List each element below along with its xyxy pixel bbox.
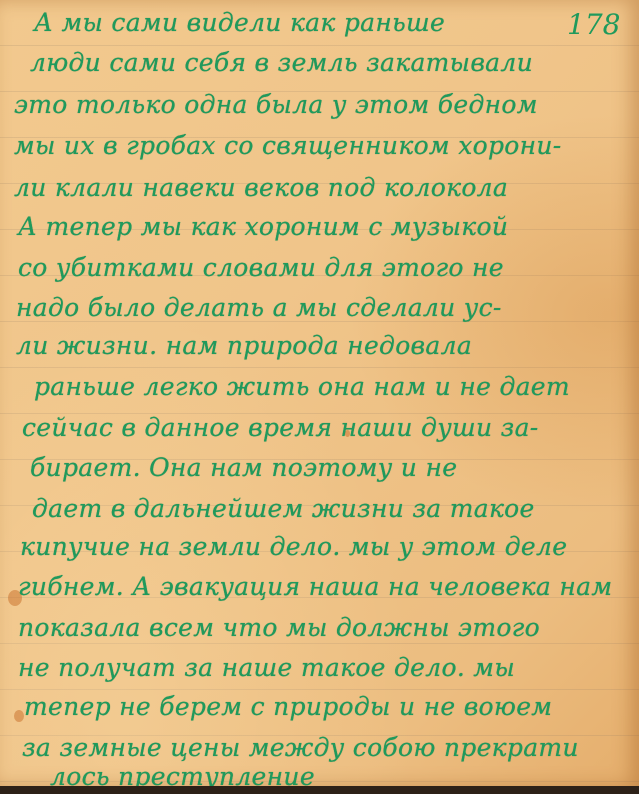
handwritten-line: бирает. Она нам поэтому и не [30,453,457,482]
paper-stain [14,710,24,722]
handwritten-line: надо было делать а мы сделали ус- [16,293,502,322]
handwritten-line: кипучие на земли дело. мы у этом деле [20,532,567,561]
handwritten-line: тепер не берем с природы и не воюем [24,692,552,721]
handwritten-line: за земные цены между собою прекрати [22,733,579,762]
handwritten-line: ли жизни. нам природа недовала [16,331,472,360]
handwritten-line: гибнем. А эвакуация наша на человека нам [18,572,612,601]
handwritten-line: это только одна была у этом бедном [14,90,538,119]
handwritten-line: раньше легко жить она нам и не дает [34,372,570,401]
manuscript-page: 178 А мы сами видели как раньше люди сам… [0,0,639,786]
page-number: 178 [567,8,620,41]
handwritten-line: показала всем что мы должны этого [18,613,540,642]
handwritten-line: не получат за наше такое дело. мы [18,653,515,682]
handwritten-line: люди сами себя в земль закатывали [30,48,533,77]
page-bottom-edge [0,786,639,794]
handwritten-line: со убитками словами для этого не [18,253,504,282]
handwritten-line: сейчас в данное время наши души за- [22,413,539,442]
handwritten-line: А мы сами видели как раньше [34,8,445,37]
handwritten-line: А тепер мы как хороним с музыкой [18,212,508,241]
handwritten-line: ли клали навеки веков под колокола [14,173,508,202]
handwritten-line: дает в дальнейшем жизни за такое [32,494,535,523]
handwritten-line: мы их в гробах со священником хорони- [14,131,562,160]
